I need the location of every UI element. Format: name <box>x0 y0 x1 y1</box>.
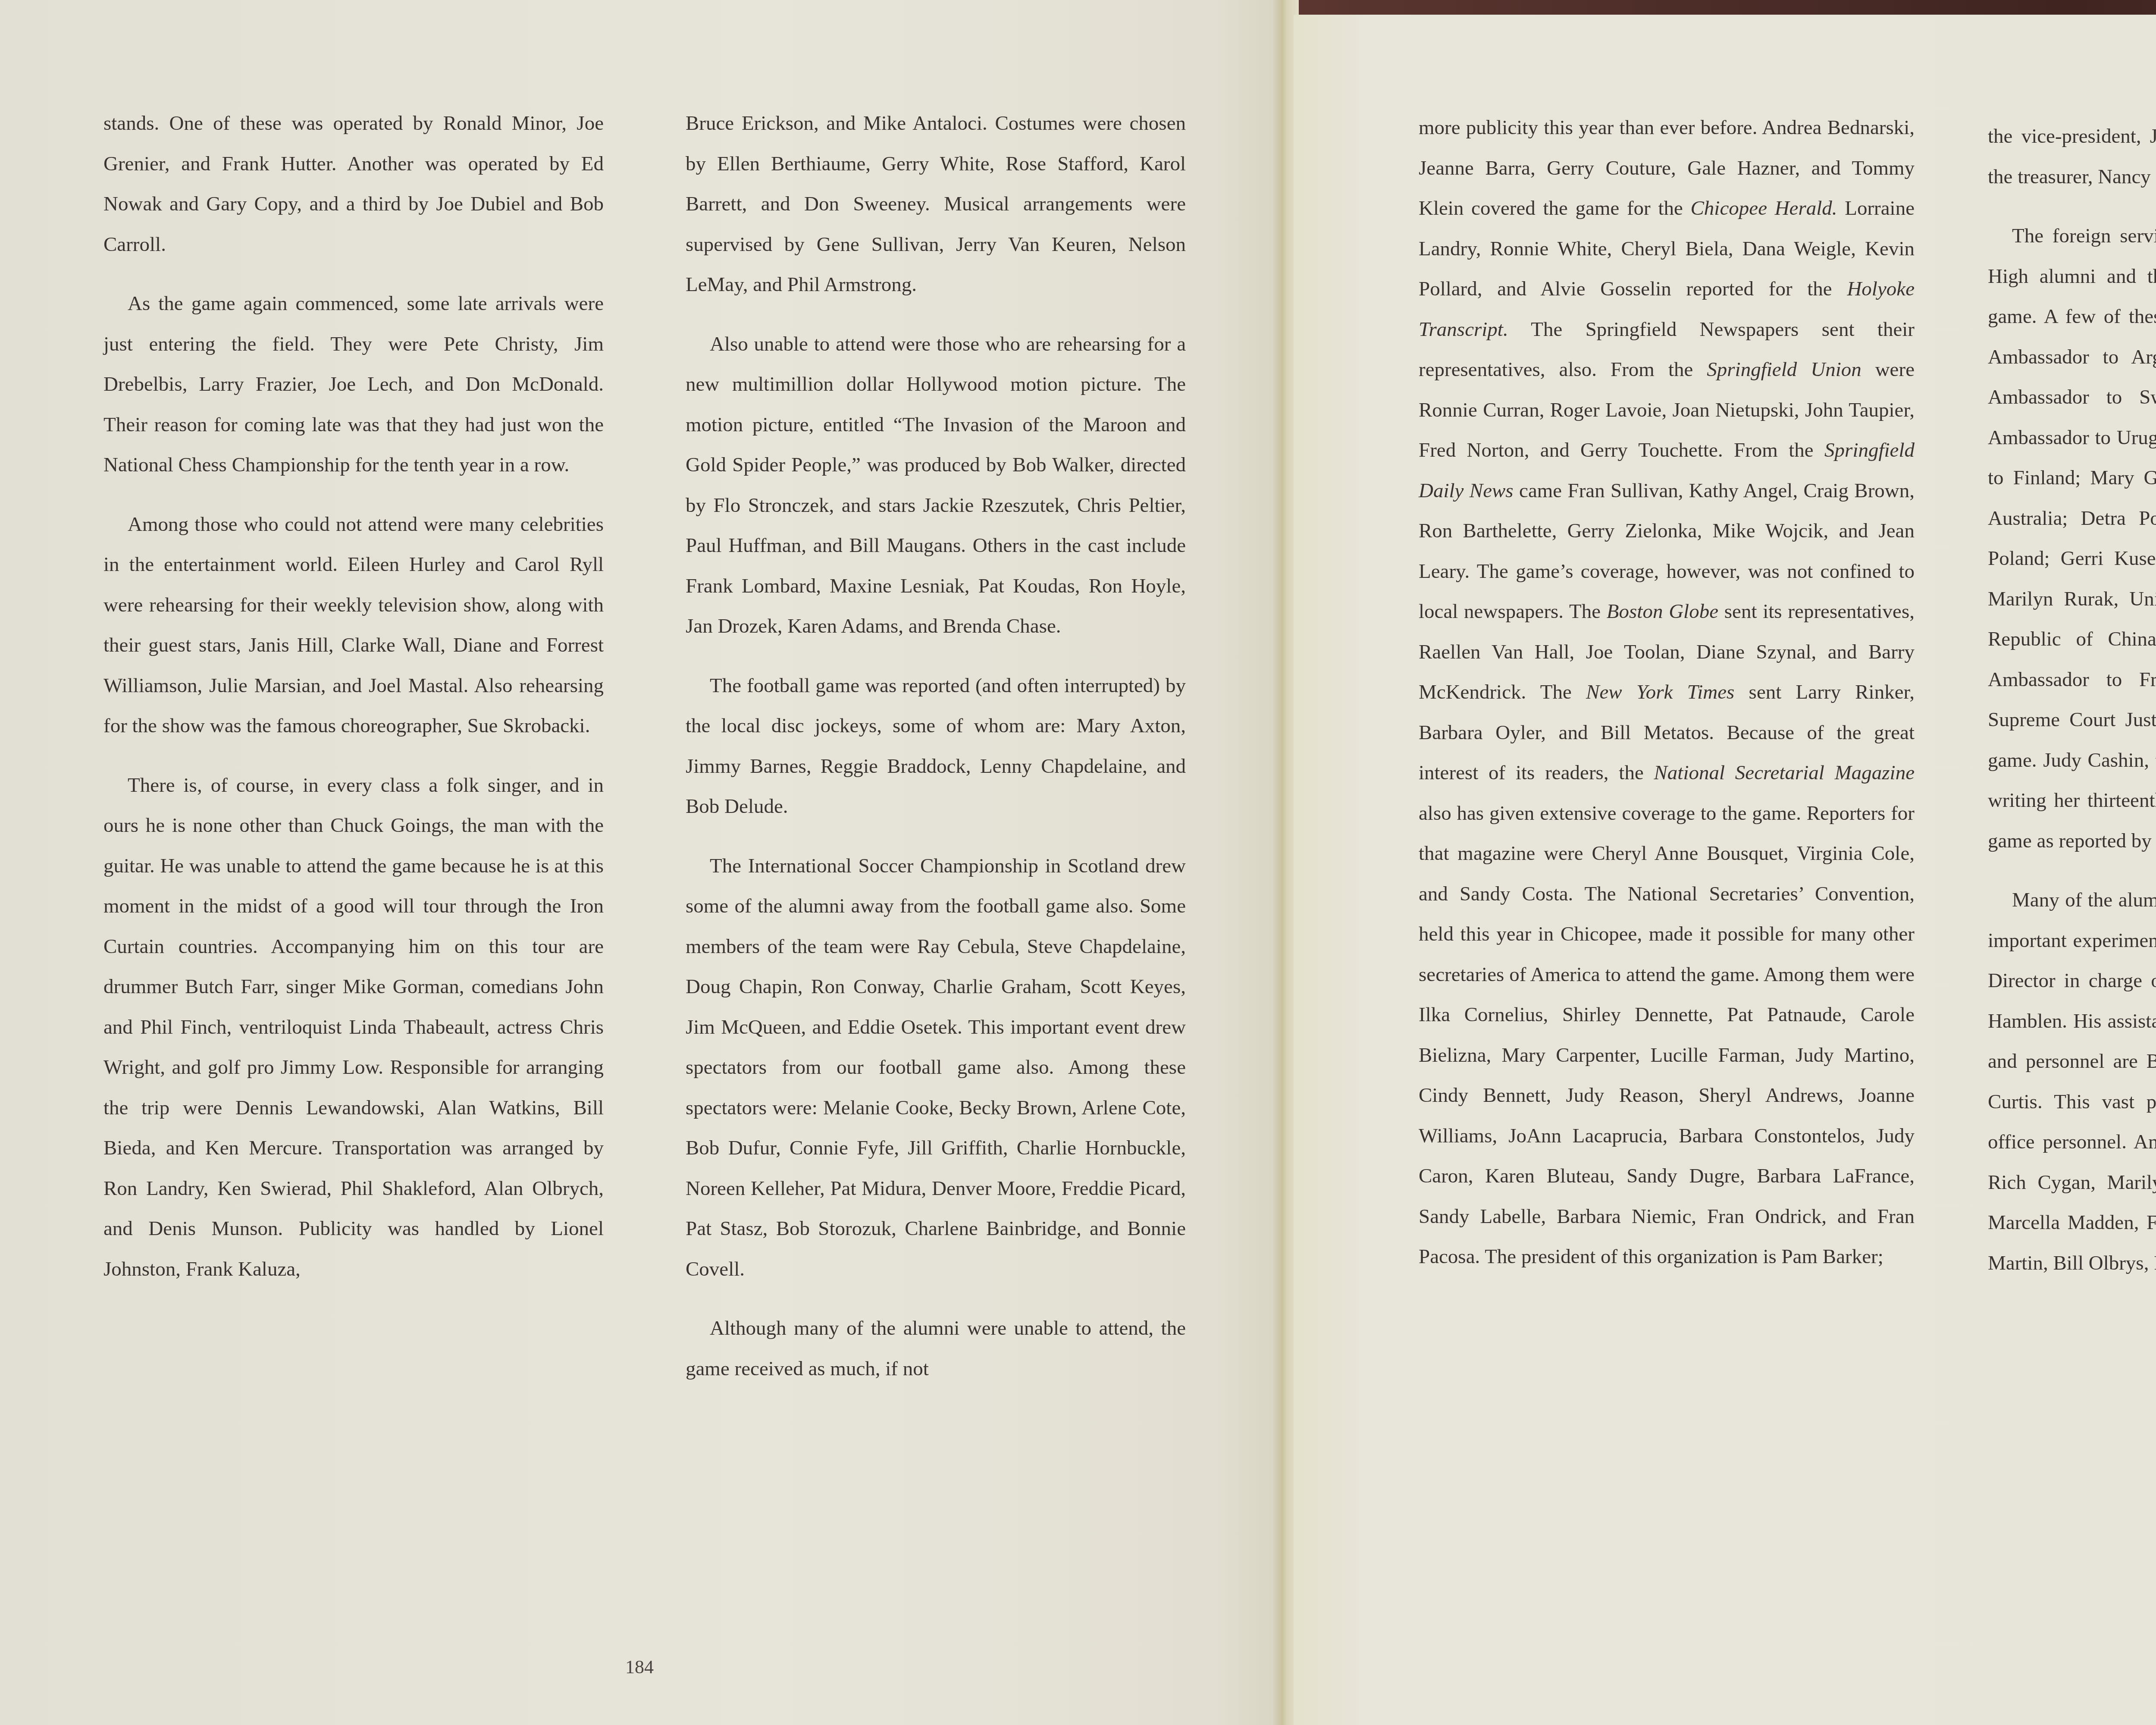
paragraph: Among those who could not attend were ma… <box>103 505 604 746</box>
page-number-left: 184 <box>625 1656 654 1678</box>
paragraph: Although many of the alumni were unable … <box>686 1308 1186 1389</box>
newspaper-title: Boston Globe <box>1607 600 1718 623</box>
left-page-column-2: Bruce Erickson, and Mike Antaloci. Costu… <box>686 103 1186 1408</box>
paragraph: Many of the alumni who were not present … <box>1988 880 2156 1283</box>
paragraph: stands. One of these was operated by Ron… <box>103 103 604 265</box>
newspaper-title: Chicopee Herald. <box>1691 197 1837 220</box>
book-cover-edge <box>1294 0 2156 15</box>
left-page: stands. One of these was operated by Ron… <box>0 0 1276 1725</box>
right-page-column-2: the vice-president, Jane Burritt; the se… <box>1988 116 2156 1302</box>
paragraph: the vice-president, Jane Burritt; the se… <box>1988 116 2156 197</box>
magazine-title: National Secretarial Magazine <box>1654 762 1915 784</box>
paragraph: As the game again commenced, some late a… <box>103 284 604 486</box>
paragraph: There is, of course, in every class a fo… <box>103 765 604 1290</box>
newspaper-title: New York Times <box>1586 681 1734 703</box>
paragraph: Also unable to attend were those who are… <box>686 324 1186 647</box>
left-page-column-1: stands. One of these was operated by Ron… <box>103 103 604 1308</box>
paragraph: Bruce Erickson, and Mike Antaloci. Costu… <box>686 103 1186 305</box>
paragraph: more publicity this year than ever befor… <box>1419 108 1915 1277</box>
right-page-column-1: more publicity this year than ever befor… <box>1419 108 1915 1296</box>
text-run: also has given extensive coverage to the… <box>1419 802 1915 1268</box>
paragraph: The football game was reported (and ofte… <box>686 666 1186 827</box>
paragraph: The International Soccer Championship in… <box>686 846 1186 1290</box>
newspaper-title: Springfield Union <box>1707 358 1861 381</box>
paragraph: The foreign service also employs a numbe… <box>1988 216 2156 861</box>
